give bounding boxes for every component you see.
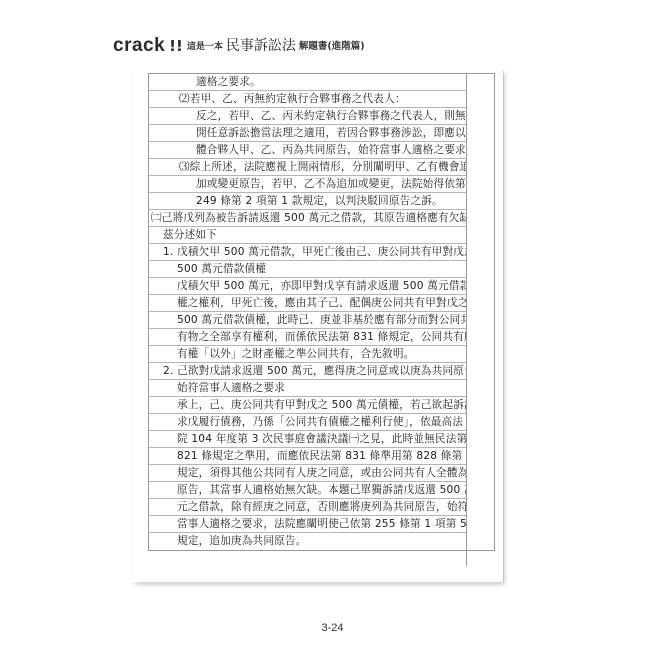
double-exclamation-icon: !! [169, 36, 183, 56]
answer-table: 適格之要求。⑵若甲、乙、丙無約定執行合夥事務之代表人：反之，若甲、乙、丙未約定執… [148, 73, 495, 551]
table-row: 反之，若甲、乙、丙未約定執行合夥事務之代表人，則無上 [149, 108, 467, 125]
table-row: 體合夥人甲、乙、丙為共同原告，始符當事人適格之要求。 [149, 142, 467, 159]
table-row: ㈡己將戊列為被告訴請返還 500 萬元之借款，其原告適格應有欠缺， [149, 210, 467, 227]
table-row: 500 萬元借款債權 [149, 261, 467, 278]
tagline: 這是一本 [187, 38, 223, 56]
table-row: 規定，追加庚為共同原告。 [149, 533, 467, 550]
table-row: 始符當事人適格之要求 [149, 380, 467, 397]
table-row: 承上，己、庚公同共有甲對戊之 500 萬元債權，若己欲起訴請 [149, 397, 467, 414]
page-number: 3-24 [0, 622, 665, 634]
book-subtitle: 解題書(進階篇) [299, 38, 365, 56]
table-row: 有權「以外」之財產權之準公同共有，合先敘明。 [149, 346, 467, 363]
table-row: 適格之要求。 [149, 74, 467, 91]
table-row: 500 萬元借款債權，此時己、庚並非基於應有部分而對公同共 [149, 312, 467, 329]
book-header: crack !! 這是一本 民事訴訟法 解題書(進階篇) [113, 36, 365, 56]
table-row: 求戊履行債務，乃係「公同共有債權之權利行使」，依最高法 [149, 414, 467, 431]
table-row: 院 104 年度第 3 次民事庭會議決議㈠之見，此時並無民法第 [149, 431, 467, 448]
table-row: 戊積欠甲 500 萬元，亦即甲對戊享有請求返還 500 萬元借款債 [149, 278, 467, 295]
margin-column-divider [466, 73, 467, 566]
table-row: 1. 戊積欠甲 500 萬元借款，甲死亡後由己、庚公同共有甲對戊之 [149, 244, 467, 261]
table-row: 249 條第 2 項第 1 款規定，以判決駁回原告之訴。 [149, 193, 467, 210]
table-row: 茲分述如下 [149, 227, 467, 244]
table-row: 開任意訴訟擔當法理之適用，若因合夥事務涉訟，即應以全 [149, 125, 467, 142]
brand-logo: crack [113, 36, 165, 56]
table-row: ⑵若甲、乙、丙無約定執行合夥事務之代表人： [149, 91, 467, 108]
table-row: 原告，其當事人適格始無欠缺。本題己單獨訴請戊返還 500 萬 [149, 482, 467, 499]
table-row: 元之借款，除有經庚之同意，否則應將庚列為共同原告，始符 [149, 499, 467, 516]
table-row: 當事人適格之要求，法院應闡明使己依第 255 條第 1 項第 5 款 [149, 516, 467, 533]
table-row: 821 條規定之準用，而應依民法第 831 條準用第 828 條第 3 項 [149, 448, 467, 465]
table-row: ⑶綜上所述，法院應視上開兩情形，分別闡明甲、乙有機會追 [149, 159, 467, 176]
table-row: 規定，須得其他公共同有人庚之同意，或由公同共有人全體為 [149, 465, 467, 482]
table-row: 加或變更原告，若甲、乙不為追加或變更，法院始得依第 [149, 176, 467, 193]
book-title: 民事訴訟法 [226, 36, 296, 56]
table-row: 2. 己欲對戊請求返還 500 萬元，應得庚之同意或以庚為共同原告， [149, 363, 467, 380]
table-row: 有物之全部享有權利，而係依民法第 831 條規定，公同共有所 [149, 329, 467, 346]
table-row: 權之權利，甲死亡後，應由其子己、配偶庚公同共有甲對戊之 [149, 295, 467, 312]
